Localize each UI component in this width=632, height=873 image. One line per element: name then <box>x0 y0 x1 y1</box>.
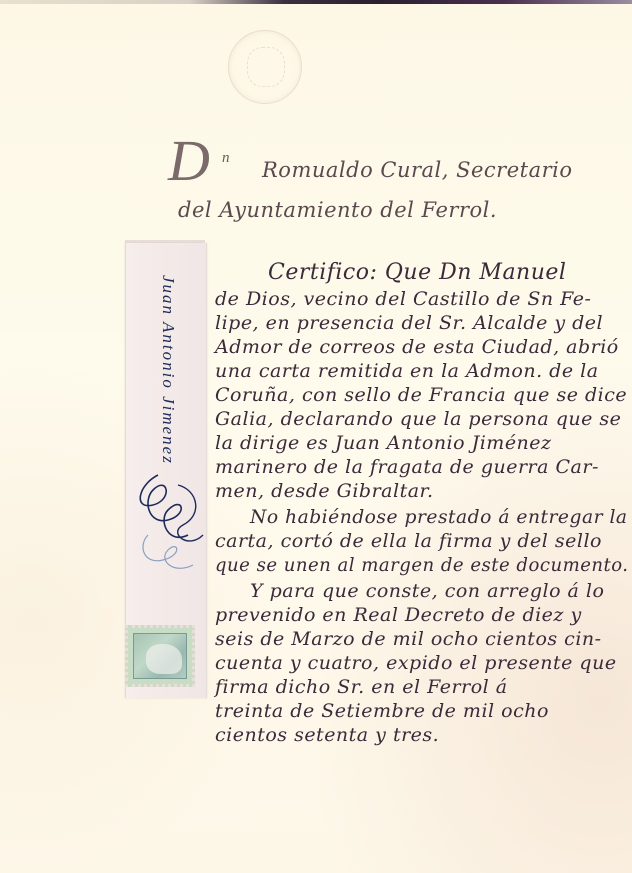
body-line: Certifico: Que Dn Manuel <box>268 262 566 284</box>
document-page: D n Romualdo Cural, Secretario del Ayunt… <box>0 0 632 873</box>
header-initial-suffix: n <box>222 150 230 167</box>
body-line: de Dios, vecino del Castillo de Sn Fe- <box>215 290 591 309</box>
body-line: Coruña, con sello de Francia que se dice <box>215 386 627 405</box>
scan-top-edge <box>0 0 632 4</box>
body-line: cientos setenta y tres. <box>215 726 439 745</box>
body-line: seis de Marzo de mil ocho cientos cin- <box>215 630 602 649</box>
embossed-seal <box>228 30 302 104</box>
body-line: marinero de la fragata de guerra Car- <box>215 458 599 477</box>
header-initial: D <box>168 132 210 190</box>
header-line-2: del Ayuntamiento del Ferrol. <box>178 200 497 221</box>
body-line: Y para que conste, con arreglo á lo <box>250 582 604 601</box>
body-line: lipe, en presencia del Sr. Alcalde y del <box>215 314 603 333</box>
body-line: prevenido en Real Decreto de diez y <box>215 606 582 625</box>
stamp-figure-icon <box>146 644 182 674</box>
body-line: Admor de correos de esta Ciudad, abrió <box>215 338 619 357</box>
header-line-1: Romualdo Cural, Secretario <box>262 160 573 181</box>
body-line: la dirige es Juan Antonio Jiménez <box>215 434 552 453</box>
revenue-stamp <box>125 625 195 687</box>
body-line: una carta remitida en la Admon. de la <box>215 362 599 381</box>
body-line: No habiéndose prestado á entregar la <box>250 508 628 527</box>
body-line: firma dicho Sr. en el Ferrol á <box>215 678 508 697</box>
signature-flourish-icon <box>128 465 213 585</box>
body-line: cuenta y cuatro, expido el presente que <box>215 654 617 673</box>
body-line: que se unen al margen de este documento. <box>215 556 629 575</box>
slip-signature: Juan Antonio Jimenez <box>158 275 178 465</box>
stamp-image <box>133 633 187 679</box>
body-line: carta, cortó de ella la firma y del sell… <box>215 532 602 551</box>
body-line: Galia, declarando que la persona que se <box>215 410 621 429</box>
body-line: treinta de Setiembre de mil ocho <box>215 702 549 721</box>
body-line: men, desde Gibraltar. <box>215 482 434 501</box>
